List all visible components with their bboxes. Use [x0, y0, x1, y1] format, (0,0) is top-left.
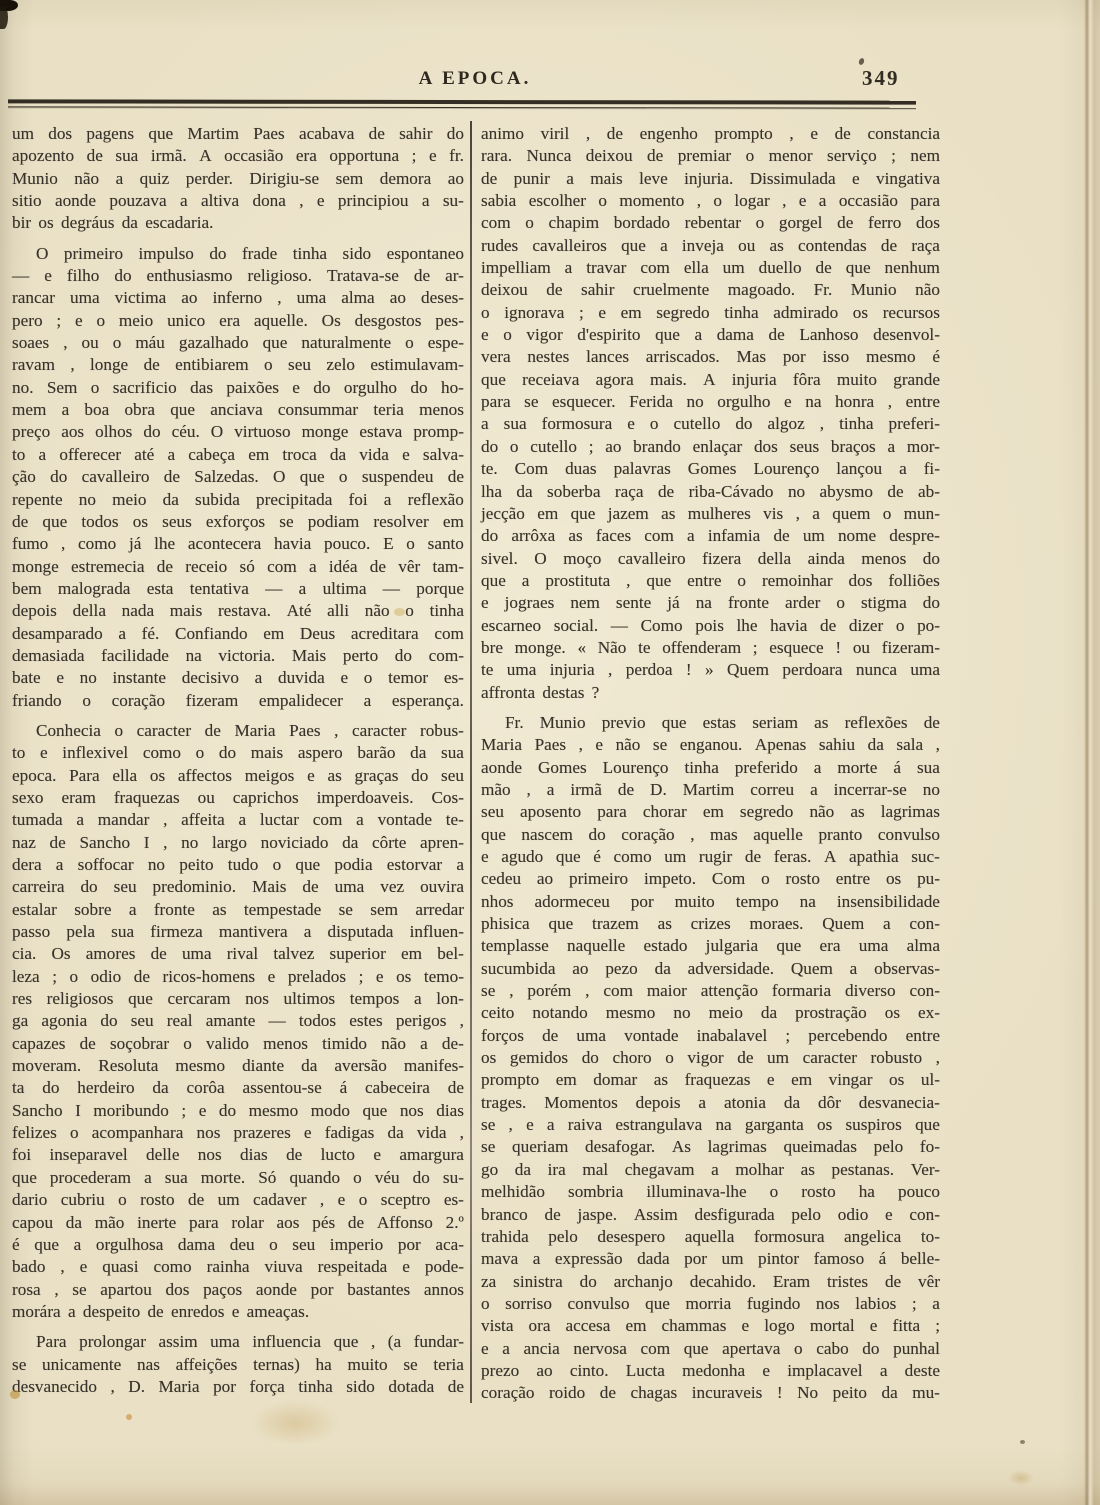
text-line: sabiaescolheromomento,ologar,eaoccasiãop… — [481, 191, 940, 213]
text-line: lhadasoberbaraçaderiba-Cávadonoabysmodea… — [481, 482, 940, 504]
text-line: bremonge.«Nãoteoffenderam;esquece!oufize… — [481, 638, 940, 660]
text-line: dariocubriuorostodeumcadaver,eosceptroes… — [12, 1190, 464, 1212]
text-line: Munionãoaquizperder.Dirigiu-sesemdemoraa… — [12, 169, 464, 191]
text-line: estalarsobreafronteastempestadesesemarre… — [12, 900, 464, 922]
column-divider — [470, 121, 472, 1403]
text-line: eagudoqueécomoumrugirdeferas.Aapathiasuc… — [481, 847, 940, 869]
text-line: escarneosocial.—Comopoislhehaviadedizero… — [481, 616, 940, 638]
text-line: toeinflexivelcomoodomaisasperobarãodasua — [12, 743, 464, 765]
text-line: tumadaamandar,affeitaaluctarcomavontadet… — [12, 810, 464, 832]
article-column-left: umdospagensqueMartimPaesacabavadesahirdo… — [12, 124, 464, 1399]
paragraph: Oprimeiroimpulsodofradetinhasidoespontan… — [12, 244, 464, 713]
text-line: coraçãoroidodechagasincuraveis!Nopeitoda… — [481, 1383, 940, 1405]
text-line: nazdeSanchoI,nolargonoviciadodacôrteapre… — [12, 833, 464, 855]
text-line: brancodejaspe.Assimdesfiguradapeloodioec… — [481, 1205, 940, 1227]
text-line: sucumbidaaopezodaadversidade.Quemaobserv… — [481, 959, 940, 981]
text-line: se,earaivaestrangulavanagargantaossuspir… — [481, 1115, 940, 1137]
text-line: ConheciaocaracterdeMariaPaes,caracterrob… — [12, 721, 464, 743]
text-line: memaboaobraqueanciavaconsummarteriamenos — [12, 400, 464, 422]
text-line: Paraprolongarassimumainfluenciaque,(afun… — [12, 1332, 464, 1354]
text-line: rara.Nuncadeixoudepremiaromenorserviço;n… — [481, 146, 940, 168]
ink-blot — [0, 7, 8, 29]
text-line: desvanecido,D.Mariaporforçatinhasidodota… — [12, 1377, 464, 1399]
text-line: demasiadafacilidadenavictoria.Maispertod… — [12, 646, 464, 668]
text-line: toaoffereceratéacabeçaemtrocadavidaesalv… — [12, 445, 464, 467]
text-line: resreligiososquecercaramnosultimostempos… — [12, 989, 464, 1011]
text-line: gaagoniadoseurealamante—todosestesperigo… — [12, 1011, 464, 1033]
text-line: se,porém,commaiorattençãoformariadiverso… — [481, 981, 940, 1003]
text-line: capazesdesoçobrarovalidomenostimidonãoad… — [12, 1034, 464, 1056]
text-line: apozentodesuairmã.Aoccasiãoeraopportuna;… — [12, 146, 464, 168]
text-line: cia.Osamoresdeumarivaltalvezsuperiorembe… — [12, 944, 464, 966]
text-line: passopelasuafirmezamantiveraadisputadain… — [12, 922, 464, 944]
text-line: moveram.Resolutamesmodiantedaaversãomani… — [12, 1056, 464, 1078]
text-line: foiinseparaveldellenosdiasdeluctoeamargu… — [12, 1145, 464, 1167]
text-line: Oprimeiroimpulsodofradetinhasidoespontan… — [12, 244, 464, 266]
text-line: te.ComduaspalavrasGomesLourençolançouafi… — [481, 459, 940, 481]
text-line: depoisdellanadamaisrestava.Atéallinãooti… — [12, 601, 464, 623]
text-line: tadoherdeirodacorôaassentou-seácabeceira… — [12, 1078, 464, 1100]
text-line: templassenaquelleestadojulgariaqueerauma… — [481, 936, 940, 958]
text-line: affronta destas ? — [481, 683, 940, 705]
text-line: eovigord'espiritoqueadamadeLanhosodesenv… — [481, 325, 940, 347]
ink-speck — [858, 57, 865, 65]
text-line: osorrisoconvulsoquemorriafugindonoslabio… — [481, 1294, 940, 1316]
text-line: promptoemdomarasfraquezaseemvingarosul- — [481, 1070, 940, 1092]
paragraph: Fr.Munioprevioqueestasseriamasreflexõesd… — [481, 713, 940, 1406]
text-line: ejograesnemsentejánafrontearderostigmado — [481, 593, 940, 615]
page-edge — [1084, 0, 1100, 1505]
paragraph: Paraprolongarassimumainfluenciaque,(afun… — [12, 1332, 464, 1399]
article-column-right: animoviril,deengenhoprompto,edeconstanci… — [481, 124, 940, 1406]
text-line: prezoaocinto.Luctamedonhaeimplacavelades… — [481, 1361, 940, 1383]
text-line: doarrôxaasfacescomainfamiadeumnomedespre… — [481, 526, 940, 548]
text-line: sivel.Omoçocavalleirofizeradellaaindamen… — [481, 549, 940, 571]
paper-stain — [126, 1414, 132, 1420]
paragraph: ConheciaocaracterdeMariaPaes,caracterrob… — [12, 721, 464, 1324]
text-line: mavaaexpressãodadaporumpintorfamosoábell… — [481, 1249, 940, 1271]
text-line: veranesteslancesarriscados.Masporissomes… — [481, 347, 940, 369]
text-line: forçosdeumavontadeinabalavel;percebendoe… — [481, 1026, 940, 1048]
text-line: asuaformosuraeocutellodoalgoz,tinhaprefe… — [481, 414, 940, 436]
text-line: seunicamentenasaffeiçõesternas)hamuitose… — [12, 1355, 464, 1377]
text-line: repentenomeiodasubidaprecipitadafoiarefl… — [12, 490, 464, 512]
page-number: 349 — [862, 66, 922, 91]
text-line: ravam,longedeentibiaremoseuzeloestimulav… — [12, 355, 464, 377]
ink-blot — [0, 0, 18, 11]
text-line: queaprostituta,queentreoremoinhardosfoll… — [481, 571, 940, 593]
text-line: paraseesquecer.Feridanoorgulhoenahonra,e… — [481, 392, 940, 414]
paragraph: umdospagensqueMartimPaesacabavadesahirdo… — [12, 124, 464, 236]
text-line: Fr.Munioprevioqueestasseriamasreflexõesd… — [481, 713, 940, 735]
text-line: MariaPaes,enãoseenganou.Apenassahiudasal… — [481, 735, 940, 757]
text-line: bemmalogradaestatentativa—aultima—porque — [12, 579, 464, 601]
text-line: comochapimbordadorebentarogorgeldeferrod… — [481, 213, 940, 235]
text-line: trages.Momentosdepoisaatoniadadôrdesvane… — [481, 1093, 940, 1115]
text-line: dequetodososseusexforçossepodiamresolver… — [12, 512, 464, 534]
text-line: mão,airmãdeD.Martimcorreuaincerrar-seno — [481, 780, 940, 802]
text-line: phisicaquetrazemascrizesmoraes.Quemacon- — [481, 914, 940, 936]
text-line: capoudamãoinertepararolaraospésdeAffonso… — [12, 1213, 464, 1235]
text-line: çãodocavalleirodeSalzedas.Oqueosuspendeu… — [12, 467, 464, 489]
text-line: sitioaondepouzavaaaltivadona,eprincipiou… — [12, 191, 464, 213]
header-rule — [8, 99, 916, 108]
text-line: quereceiavaagoramais.Ainjuriafôramuitogr… — [481, 370, 940, 392]
text-line: ceitonotandomesmonomeiodaprostraçãoosex- — [481, 1003, 940, 1025]
text-line: deraasoffocarnopeitotudooquepodiaestorva… — [12, 855, 464, 877]
text-line: queprocederamasuamorte.Sóquandoovéudosu- — [12, 1168, 464, 1190]
text-line: morára a despeito de enredos e ameaças. — [12, 1302, 464, 1324]
text-line: pero;eomeiounicoeraaquelle.Osdesgostospe… — [12, 311, 464, 333]
paper-stain — [250, 1400, 340, 1446]
paragraph: animoviril,deengenhoprompto,edeconstanci… — [481, 124, 940, 705]
text-line: melhidãosombriailluminava-lheorostohapou… — [481, 1182, 940, 1204]
text-line: preçoaosolhosdocéu.Ovirtuosomongeestavap… — [12, 422, 464, 444]
text-line: rudescavalleirosqueainvejaouascontendasd… — [481, 236, 940, 258]
text-line: rosa,seapartoudospaçosaondeporbastantesa… — [12, 1280, 464, 1302]
text-line: cedeuaoprimeiroimpeto.Comorostoentreospu… — [481, 869, 940, 891]
text-line: no.Semosacrificiodaspaixõesedoorgulhodoh… — [12, 378, 464, 400]
text-line: trahidapelodesesperoaquellaformosuraange… — [481, 1227, 940, 1249]
text-line: sequeriamdesafogar.Aslagrimasqueimadaspe… — [481, 1137, 940, 1159]
text-line: fumo,comojálheacontecerahaviapouco.Eosan… — [12, 534, 464, 556]
text-line: seuaposentoparachoraremsegredonãoaslagri… — [481, 802, 940, 824]
text-line: aondeGomesLourençotinhapreferidoamorteás… — [481, 758, 940, 780]
ink-speck — [1020, 1440, 1025, 1444]
text-line: mongeestremeciadereceiosócomaidéadevêrta… — [12, 557, 464, 579]
text-line: carreiradoseupredominio.Maisdeumavezouvi… — [12, 877, 464, 899]
text-line: osgemidosdochoroovigordeumcaracterrobust… — [481, 1048, 940, 1070]
text-line: sexoeramfraquezasoucaprichosimperdoaveis… — [12, 788, 464, 810]
text-line: bir os degráus da escadaria. — [12, 213, 464, 235]
text-line: zasinistradoarchanjodecahido.Eramtristes… — [481, 1272, 940, 1294]
text-line: SanchoImoribundo;edomesmomodoquenosdias — [12, 1101, 464, 1123]
text-line: felizesoacompanharanosprazeresefadigasda… — [12, 1123, 464, 1145]
text-line: doocutello;aobrandoenlaçardosseusbraçosa… — [481, 437, 940, 459]
text-line: godairamalchegavamamolharaspestanas.Ver- — [481, 1160, 940, 1182]
text-line: —efilhodoenthusiasmoreligioso.Tratava-se… — [12, 266, 464, 288]
text-line: depuniramaisleveinjuria.Dissimuladaeving… — [481, 169, 940, 191]
text-line: epoca.Paraellaosaffectosmeigoseasgraçasd… — [12, 766, 464, 788]
text-line: soaes,ouomáugazalhadoquenaturalmenteoesp… — [12, 333, 464, 355]
text-line: eaancianervosacomqueapertavaocabodopunha… — [481, 1339, 940, 1361]
text-line: umdospagensqueMartimPaesacabavadesahirdo — [12, 124, 464, 146]
text-line: bateenoinstantedecisivoaduvidaeotemores- — [12, 668, 464, 690]
text-line: rancarumavictimaaoinferno,umaalmaaodeses… — [12, 288, 464, 310]
text-line: friandoocoraçãofizeramempalideceraespera… — [12, 691, 464, 713]
text-line: leza;oodiodericos-homenseprelados;eostem… — [12, 967, 464, 989]
text-line: nhosadormeceupormuitotemponainsensibilid… — [481, 892, 940, 914]
text-line: animoviril,deengenhoprompto,edeconstanci… — [481, 124, 940, 146]
text-line: vistaoraaccesaemchammaselogomortalefitta… — [481, 1316, 940, 1338]
scanned-page: A EPOCA. 349 umdospagensqueMartimPaesaca… — [0, 0, 1100, 1505]
text-line: bado,equasicomorainhaviuvarespeitadaepod… — [12, 1257, 464, 1279]
text-line: deixoudesahircruelmentemagoado.Fr.Munion… — [481, 280, 940, 302]
text-line: desamparadoafé.ConfiandoemDeusacreditara… — [12, 624, 464, 646]
paper-stain — [1008, 1470, 1034, 1486]
text-line: teumainjuria,perdoa!»Quemperdoaranuncaum… — [481, 660, 940, 682]
masthead-title: A EPOCA. — [0, 68, 950, 90]
text-line: impelliamatravarcomellaumduellodequenenh… — [481, 258, 940, 280]
text-line: quenascemdocoração,masaquelleprantoconvu… — [481, 825, 940, 847]
text-line: jecçãoemquejazemasmulheresvis,aquemomun- — [481, 504, 940, 526]
text-line: oignorava;eemsegredotinhaadmiradoosrecur… — [481, 303, 940, 325]
text-line: équeaorgulhosadamadeuoseuimperioporaca- — [12, 1235, 464, 1257]
